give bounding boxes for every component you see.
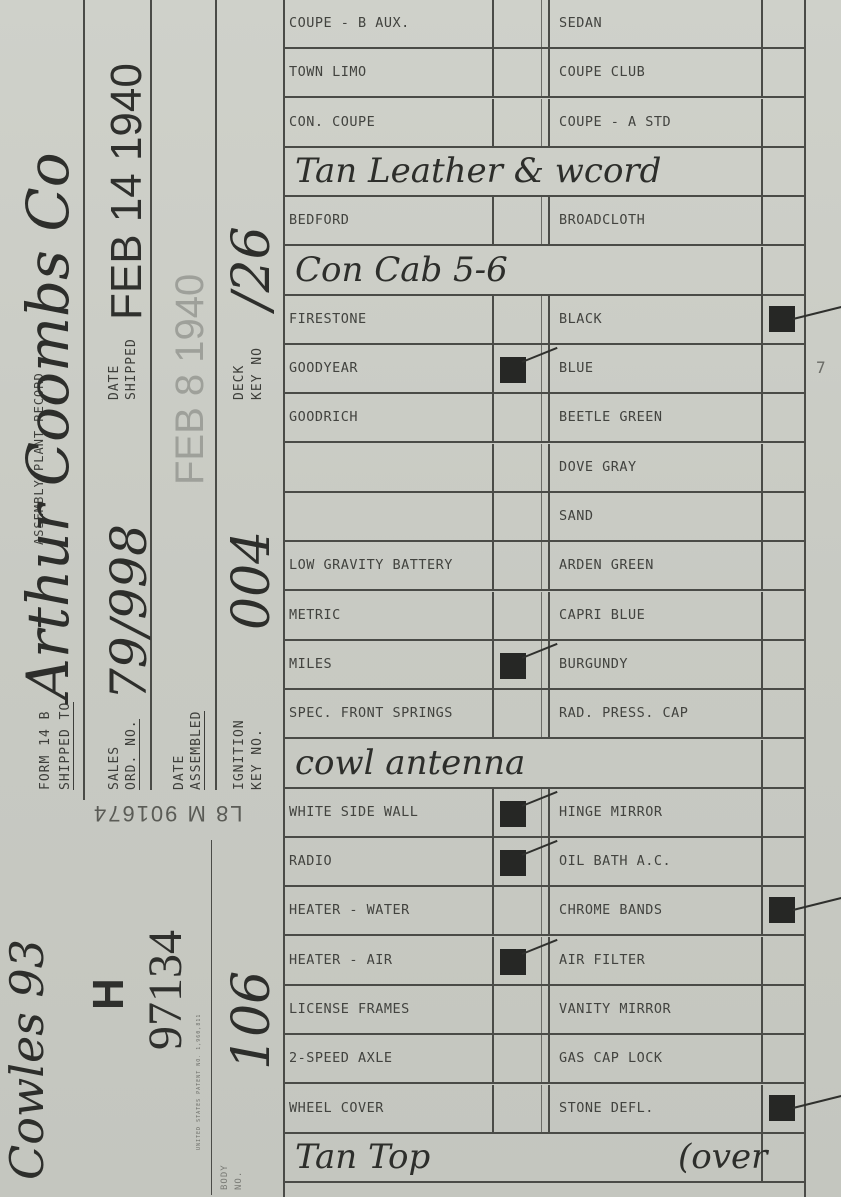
table-column-line xyxy=(548,592,550,639)
option-label-right: HINGE MIRROR xyxy=(559,789,663,836)
option-checkbox-right[interactable] xyxy=(763,1085,804,1132)
option-label-left: WHEEL COVER xyxy=(289,1085,384,1132)
table-column-line xyxy=(541,1085,542,1132)
option-label-left: 2-SPEED AXLE xyxy=(289,1035,393,1082)
option-checkbox-right[interactable] xyxy=(763,444,804,491)
table-row: 2-SPEED AXLEGAS CAP LOCK xyxy=(283,1035,806,1084)
option-label-right: BEETLE GREEN xyxy=(559,394,663,441)
table-column-line xyxy=(761,148,763,195)
handwritten-note-row: Tan Top(over xyxy=(283,1134,806,1183)
strip-divider xyxy=(83,0,85,800)
date-shipped-label-2: SHIPPED xyxy=(124,338,139,400)
table-column-line xyxy=(548,49,550,96)
option-checkbox-right[interactable] xyxy=(763,493,804,540)
table-row: WHEEL COVERSTONE DEFL. xyxy=(283,1085,806,1134)
table-column-line xyxy=(548,296,550,343)
option-checkbox-left[interactable] xyxy=(494,197,541,244)
check-stroke xyxy=(522,939,558,955)
options-table: COUPE - B AUX.SEDANTOWN LIMOCOUPE CLUBCO… xyxy=(283,0,806,1197)
assembly-plant-record-card: FORM 14 B SHIPPED TO ASSEMBLY PLANT RECO… xyxy=(0,0,841,1197)
table-row: BEDFORDBROADCLOTH xyxy=(283,197,806,246)
table-row: LICENSE FRAMESVANITY MIRROR xyxy=(283,986,806,1035)
option-label-left: SPEC. FRONT SPRINGS xyxy=(289,690,453,737)
table-row: FIRESTONEBLACK xyxy=(283,296,806,345)
option-label-left: TOWN LIMO xyxy=(289,49,367,96)
option-label-left: MILES xyxy=(289,641,332,688)
option-label-left: RADIO xyxy=(289,838,332,885)
table-column-line xyxy=(548,1035,550,1082)
table-column-line xyxy=(541,197,542,244)
table-column-line xyxy=(541,592,542,639)
table-column-line xyxy=(548,197,550,244)
table-column-line xyxy=(541,0,542,47)
table-row: SPEC. FRONT SPRINGSRAD. PRESS. CAP xyxy=(283,690,806,739)
option-label-left: LICENSE FRAMES xyxy=(289,986,410,1033)
option-checkbox-left[interactable] xyxy=(494,937,541,984)
option-checkbox-right[interactable] xyxy=(763,345,804,392)
shipped-to-label: SHIPPED TO xyxy=(58,702,74,790)
check-stroke xyxy=(793,304,841,319)
option-checkbox-left[interactable] xyxy=(494,1035,541,1082)
option-checkbox-right[interactable] xyxy=(763,394,804,441)
option-label-left: WHITE SIDE WALL xyxy=(289,789,418,836)
table-column-line xyxy=(548,493,550,540)
option-checkbox-right[interactable] xyxy=(763,690,804,737)
check-stroke xyxy=(522,791,558,807)
option-label-right: COUPE - A STD xyxy=(559,99,671,146)
option-checkbox-right[interactable] xyxy=(763,887,804,934)
strip-divider xyxy=(215,0,217,790)
handwritten-note-row: cowl antenna xyxy=(283,740,806,789)
option-label-left: GOODRICH xyxy=(289,394,358,441)
table-column-line xyxy=(541,49,542,96)
form-number-label: FORM 14 B xyxy=(38,711,53,790)
option-checkbox-right[interactable] xyxy=(763,986,804,1033)
option-checkbox-right[interactable] xyxy=(763,641,804,688)
table-column-line xyxy=(541,887,542,934)
option-label-right: CAPRI BLUE xyxy=(559,592,645,639)
table-row: LOW GRAVITY BATTERYARDEN GREEN xyxy=(283,542,806,591)
table-row: COUPE - B AUX.SEDAN xyxy=(283,0,806,49)
table-column-line xyxy=(548,542,550,589)
option-label-left: GOODYEAR xyxy=(289,345,358,392)
handwritten-note: Con Cab 5-6 xyxy=(295,247,508,294)
option-label-right: RAD. PRESS. CAP xyxy=(559,690,688,737)
shipped-to-value: Arthur Coombs Co xyxy=(14,152,82,700)
table-column-line xyxy=(541,394,542,441)
option-checkbox-right[interactable] xyxy=(763,937,804,984)
option-label-left: FIRESTONE xyxy=(289,296,367,343)
serial-number: 97134 xyxy=(138,930,193,1050)
option-checkbox-right[interactable] xyxy=(763,0,804,47)
check-mark xyxy=(769,1095,795,1121)
option-label-right: SAND xyxy=(559,493,594,540)
option-checkbox-right[interactable] xyxy=(763,197,804,244)
option-label-left: CON. COUPE xyxy=(289,99,375,146)
option-label-right: AIR FILTER xyxy=(559,937,645,984)
table-column-line xyxy=(761,740,763,787)
table-column-line xyxy=(541,542,542,589)
table-column-line xyxy=(548,0,550,47)
table-column-line xyxy=(548,1085,550,1132)
option-checkbox-left[interactable] xyxy=(494,493,541,540)
table-row: RADIOOIL BATH A.C. xyxy=(283,838,806,887)
table-column-line xyxy=(541,444,542,491)
table-row: CON. COUPECOUPE - A STD xyxy=(283,99,806,148)
check-mark xyxy=(769,306,795,332)
option-checkbox-left[interactable] xyxy=(494,1085,541,1132)
option-checkbox-right[interactable] xyxy=(763,542,804,589)
check-mark xyxy=(769,897,795,923)
check-stroke xyxy=(793,896,841,911)
table-row: DOVE GRAY xyxy=(283,444,806,493)
option-label-right: STONE DEFL. xyxy=(559,1085,654,1132)
option-label-right: GAS CAP LOCK xyxy=(559,1035,663,1082)
option-checkbox-left[interactable] xyxy=(494,887,541,934)
date-shipped-value: FEB 14 1940 xyxy=(102,63,152,320)
handwritten-note: Tan Leather & wcord xyxy=(295,148,661,195)
table-column-line xyxy=(541,690,542,737)
check-stroke xyxy=(793,1093,841,1108)
option-label-right: BLACK xyxy=(559,296,602,343)
table-row: SAND xyxy=(283,493,806,542)
sales-order-label-2: ORD. NO. xyxy=(124,719,140,790)
table-row: MILESBURGUNDY xyxy=(283,641,806,690)
option-label-left: HEATER - AIR xyxy=(289,937,393,984)
date-assembled-value: FEB 8 1940 xyxy=(168,274,213,485)
table-column-line xyxy=(548,690,550,737)
option-label-right: BURGUNDY xyxy=(559,641,628,688)
option-checkbox-left[interactable] xyxy=(494,641,541,688)
check-stroke xyxy=(522,347,558,363)
option-checkbox-left[interactable] xyxy=(494,0,541,47)
strip-divider xyxy=(211,840,212,1195)
option-checkbox-right[interactable] xyxy=(763,49,804,96)
option-checkbox-left[interactable] xyxy=(494,444,541,491)
handwritten-note-row: Con Cab 5-6 xyxy=(283,247,806,296)
table-row: HEATER - WATERCHROME BANDS xyxy=(283,887,806,936)
table-column-line xyxy=(761,247,763,294)
date-assembled-label-2: ASSEMBLED xyxy=(189,711,205,790)
margin-mark: 7 xyxy=(816,358,826,377)
check-stroke xyxy=(522,840,558,856)
option-checkbox-right[interactable] xyxy=(763,838,804,885)
handwritten-note: cowl antenna xyxy=(295,740,525,787)
option-label-left: BEDFORD xyxy=(289,197,349,244)
option-checkbox-left[interactable] xyxy=(494,99,541,146)
option-label-left: HEATER - WATER xyxy=(289,887,410,934)
option-label-right: DOVE GRAY xyxy=(559,444,637,491)
handwritten-note-continued: (over xyxy=(678,1134,767,1181)
body-number-label-2: NO. xyxy=(232,1171,247,1190)
handwritten-note-row: Tan Leather & wcord xyxy=(283,148,806,197)
option-checkbox-left[interactable] xyxy=(494,542,541,589)
table-column-line xyxy=(541,493,542,540)
table-row: GOODRICHBEETLE GREEN xyxy=(283,394,806,443)
body-number-value: 106 xyxy=(222,971,282,1070)
handwritten-note: Tan Top xyxy=(295,1134,430,1181)
option-checkbox-right[interactable] xyxy=(763,1035,804,1082)
option-label-left: COUPE - B AUX. xyxy=(289,0,410,47)
table-column-line xyxy=(548,444,550,491)
table-column-line xyxy=(548,394,550,441)
ignition-key-value: 004 xyxy=(222,531,282,630)
option-label-right: BLUE xyxy=(559,345,594,392)
side-note: Cowles 93 xyxy=(0,939,54,1180)
body-number-label-1: BODY xyxy=(218,1164,233,1190)
option-checkbox-right[interactable] xyxy=(763,592,804,639)
option-checkbox-left[interactable] xyxy=(494,592,541,639)
deck-key-label-2: KEY NO xyxy=(250,347,265,400)
table-column-line xyxy=(548,887,550,934)
option-label-right: ARDEN GREEN xyxy=(559,542,654,589)
option-checkbox-right[interactable] xyxy=(763,296,804,343)
serial-letter: H xyxy=(84,978,134,1010)
patent-number: L8 M 901674 xyxy=(92,800,242,826)
sales-order-value: 79/998 xyxy=(100,524,158,700)
option-checkbox-left[interactable] xyxy=(494,789,541,836)
option-label-right: VANITY MIRROR xyxy=(559,986,671,1033)
deck-key-value: /26 xyxy=(222,226,282,310)
option-checkbox-right[interactable] xyxy=(763,99,804,146)
option-checkbox-left[interactable] xyxy=(494,394,541,441)
ignition-key-label-2: KEY NO. xyxy=(250,728,265,790)
option-checkbox-right[interactable] xyxy=(763,789,804,836)
ignition-key-label-1: IGNITION xyxy=(232,719,247,790)
option-label-right: SEDAN xyxy=(559,0,602,47)
table-column-line xyxy=(541,296,542,343)
table-column-line xyxy=(541,986,542,1033)
table-column-line xyxy=(548,986,550,1033)
option-checkbox-left[interactable] xyxy=(494,49,541,96)
check-stroke xyxy=(522,643,558,659)
serial-fine-print: UNITED STATES PATENT NO. 1,960,811 xyxy=(196,1014,202,1150)
option-label-left: LOW GRAVITY BATTERY xyxy=(289,542,453,589)
option-label-right: COUPE CLUB xyxy=(559,49,645,96)
sales-order-label-1: SALES xyxy=(107,746,122,790)
option-label-right: CHROME BANDS xyxy=(559,887,663,934)
option-label-right: BROADCLOTH xyxy=(559,197,645,244)
table-column-line xyxy=(548,99,550,146)
table-column-line xyxy=(541,1035,542,1082)
table-row: TOWN LIMOCOUPE CLUB xyxy=(283,49,806,98)
deck-key-label-1: DECK xyxy=(232,365,247,400)
table-row: METRICCAPRI BLUE xyxy=(283,592,806,641)
table-row: WHITE SIDE WALLHINGE MIRROR xyxy=(283,789,806,838)
table-row: HEATER - AIRAIR FILTER xyxy=(283,937,806,986)
option-checkbox-left[interactable] xyxy=(494,296,541,343)
table-column-line xyxy=(541,99,542,146)
option-checkbox-left[interactable] xyxy=(494,345,541,392)
option-label-left: METRIC xyxy=(289,592,341,639)
table-row: GOODYEARBLUE xyxy=(283,345,806,394)
option-checkbox-left[interactable] xyxy=(494,838,541,885)
date-assembled-label-1: DATE xyxy=(172,755,187,790)
option-checkbox-left[interactable] xyxy=(494,986,541,1033)
option-label-right: OIL BATH A.C. xyxy=(559,838,671,885)
date-shipped-label-1: DATE xyxy=(107,365,122,400)
option-checkbox-left[interactable] xyxy=(494,690,541,737)
